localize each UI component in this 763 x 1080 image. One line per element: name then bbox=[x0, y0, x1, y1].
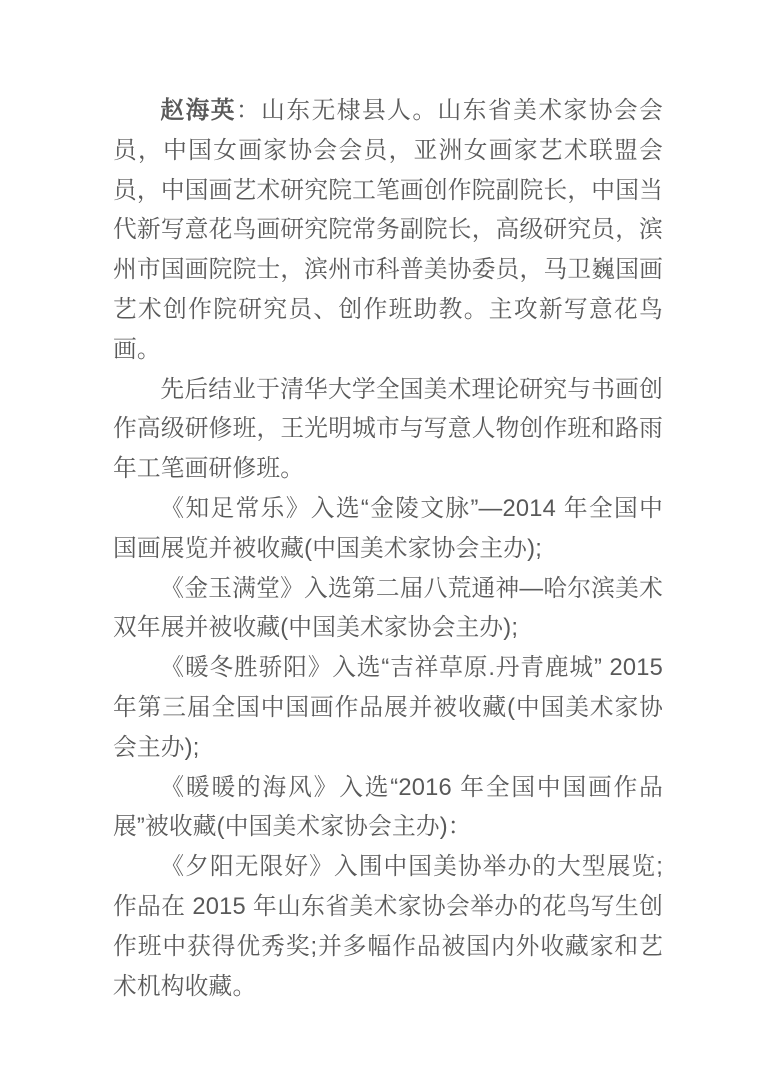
exhibition-paragraph-nuannuandehaifeng: 《暖暖的海风》入选“2016 年全国中国画作品展”被收藏(中国美术家协会主办)： bbox=[113, 769, 663, 849]
bio-text: ：山东无棣县人。山东省美术家协会会员，中国女画家协会会员，亚洲女画家艺术联盟会员… bbox=[113, 98, 663, 363]
document-page: 赵海英：山东无棣县人。山东省美术家协会会员，中国女画家协会会员，亚洲女画家艺术联… bbox=[113, 92, 663, 1007]
exhibition-paragraph-jinyumantang: 《金玉满堂》入选第二届八荒通神—哈尔滨美术双年展并被收藏(中国美术家协会主办); bbox=[113, 570, 663, 650]
bio-paragraph: 赵海英：山东无棣县人。山东省美术家协会会员，中国女画家协会会员，亚洲女画家艺术联… bbox=[113, 92, 663, 371]
awards-paragraph: 《夕阳无限好》入围中国美协举办的大型展览;作品在 2015 年山东省美术家协会举… bbox=[113, 848, 663, 1007]
artist-name: 赵海英 bbox=[160, 98, 236, 124]
exhibition-paragraph-zhizuchangle: 《知足常乐》入选“金陵文脉”—2014 年全国中国画展览并被收藏(中国美术家协会… bbox=[113, 490, 663, 570]
exhibition-paragraph-nuandongshengjiaoyang: 《暖冬胜骄阳》入选“吉祥草原.丹青鹿城” 2015 年第三届全国中国画作品展并被… bbox=[113, 649, 663, 768]
education-paragraph: 先后结业于清华大学全国美术理论研究与书画创作高级研修班，王光明城市与写意人物创作… bbox=[113, 371, 663, 490]
